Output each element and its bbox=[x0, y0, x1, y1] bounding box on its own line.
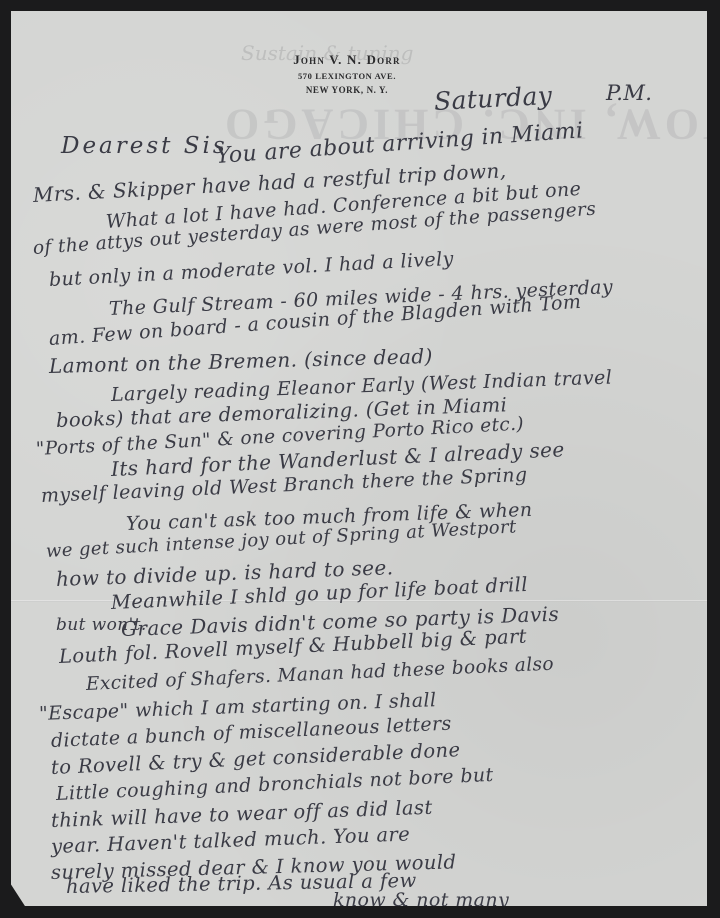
letterhead-city: NEW YORK, N. Y. bbox=[0, 85, 720, 95]
letter-line: know & not many bbox=[333, 889, 509, 906]
salutation: Dearest Sis bbox=[61, 133, 228, 159]
scanned-letter-page: WALLACE NOW, INC. CHICAGO Sustain & tuni… bbox=[0, 0, 720, 918]
letterhead-name: John V. N. Dorr bbox=[0, 52, 720, 68]
letterhead-street: 570 LEXINGTON AVE. bbox=[0, 71, 720, 81]
letter-line: Lamont on the Bremen. (since dead) bbox=[49, 344, 433, 378]
letter-paper: WALLACE NOW, INC. CHICAGO Sustain & tuni… bbox=[11, 11, 707, 906]
letter-line: but only in a moderate vol. I had a live… bbox=[48, 248, 454, 291]
letterhead: John V. N. Dorr 570 LEXINGTON AVE. NEW Y… bbox=[0, 52, 720, 95]
